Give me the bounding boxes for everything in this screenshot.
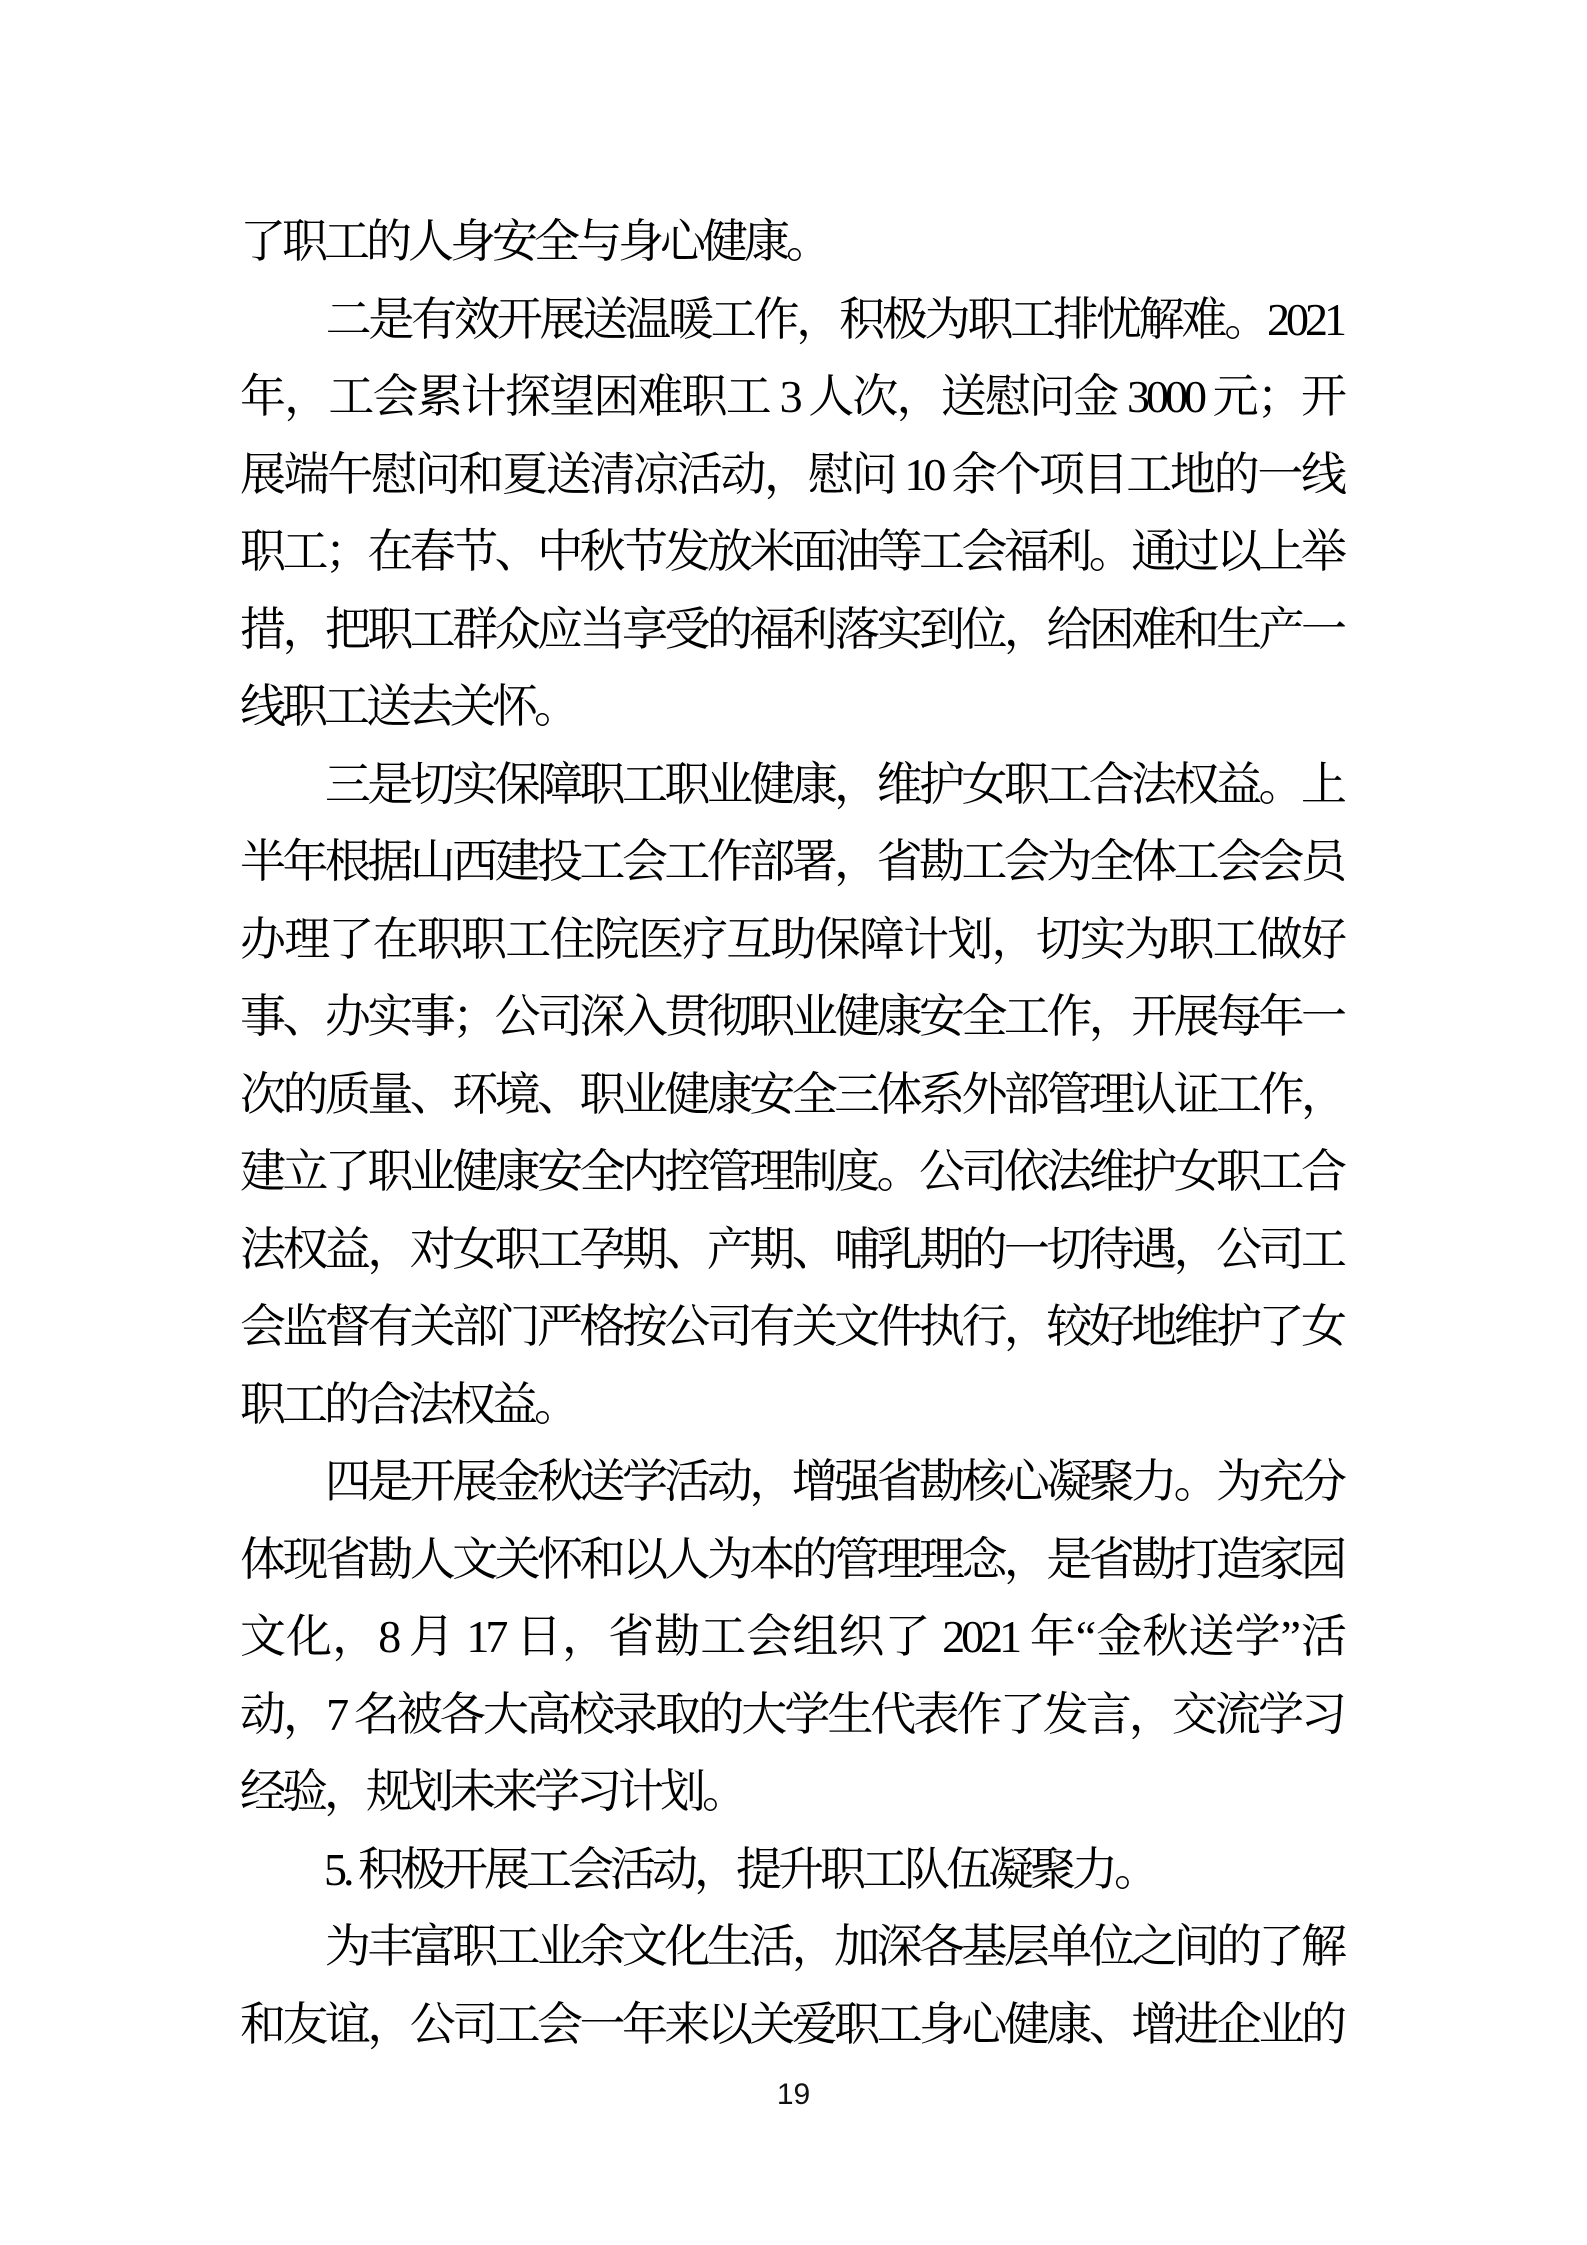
text-line: 为丰富职工业余文化生活，加深各基层单位之间的了解 bbox=[240, 1908, 1343, 1986]
text-line: 职工；在春节、中秋节发放米面油等工会福利。通过以上举 bbox=[240, 513, 1343, 591]
text-line: 5. 积极开展工会活动，提升职工队伍凝聚力。 bbox=[240, 1831, 1343, 1909]
text-line: 事、办实事；公司深入贯彻职业健康安全工作，开展每年一 bbox=[240, 978, 1343, 1056]
text-line: 和友谊，公司工会一年来以关爱职工身心健康、增进企业的 bbox=[240, 1986, 1343, 2064]
text-line: 了职工的人身安全与身心健康。 bbox=[240, 203, 1343, 281]
text-line: 办理了在职职工住院医疗互助保障计划，切实为职工做好 bbox=[240, 901, 1343, 979]
text-line: 展端午慰问和夏送清凉活动，慰问 10 余个项目工地的一线 bbox=[240, 436, 1343, 514]
page-number: 19 bbox=[777, 2078, 810, 2111]
text-line: 次的质量、环境、职业健康安全三体系外部管理认证工作， bbox=[240, 1056, 1343, 1134]
document-body: 了职工的人身安全与身心健康。 二是有效开展送温暖工作，积极为职工排忧解难。202… bbox=[240, 203, 1343, 2063]
text-line: 三是切实保障职工职业健康，维护女职工合法权益。上 bbox=[240, 746, 1343, 824]
text-line: 文化，8 月 17 日，省勘工会组织了 2021 年“金秋送学”活 bbox=[240, 1598, 1343, 1676]
text-line: 半年根据山西建投工会工作部署，省勘工会为全体工会会员 bbox=[240, 823, 1343, 901]
page-footer: 19 bbox=[0, 2078, 1587, 2112]
text-line: 线职工送去关怀。 bbox=[240, 668, 1343, 746]
document-page: 了职工的人身安全与身心健康。 二是有效开展送温暖工作，积极为职工排忧解难。202… bbox=[0, 0, 1587, 2245]
text-line: 会监督有关部门严格按公司有关文件执行，较好地维护了女 bbox=[240, 1288, 1343, 1366]
text-line: 建立了职业健康安全内控管理制度。公司依法维护女职工合 bbox=[240, 1133, 1343, 1211]
text-line: 经验，规划未来学习计划。 bbox=[240, 1753, 1343, 1831]
text-line: 二是有效开展送温暖工作，积极为职工排忧解难。2021 bbox=[240, 281, 1343, 359]
text-line: 体现省勘人文关怀和以人为本的管理理念，是省勘打造家园 bbox=[240, 1521, 1343, 1599]
text-line: 年，工会累计探望困难职工 3 人次，送慰问金 3000 元；开 bbox=[240, 358, 1343, 436]
text-line: 四是开展金秋送学活动，增强省勘核心凝聚力。为充分 bbox=[240, 1443, 1343, 1521]
text-line: 法权益，对女职工孕期、产期、哺乳期的一切待遇，公司工 bbox=[240, 1211, 1343, 1289]
text-line: 职工的合法权益。 bbox=[240, 1366, 1343, 1444]
text-line: 措，把职工群众应当享受的福利落实到位，给困难和生产一 bbox=[240, 591, 1343, 669]
text-line: 动，7 名被各大高校录取的大学生代表作了发言，交流学习 bbox=[240, 1676, 1343, 1754]
